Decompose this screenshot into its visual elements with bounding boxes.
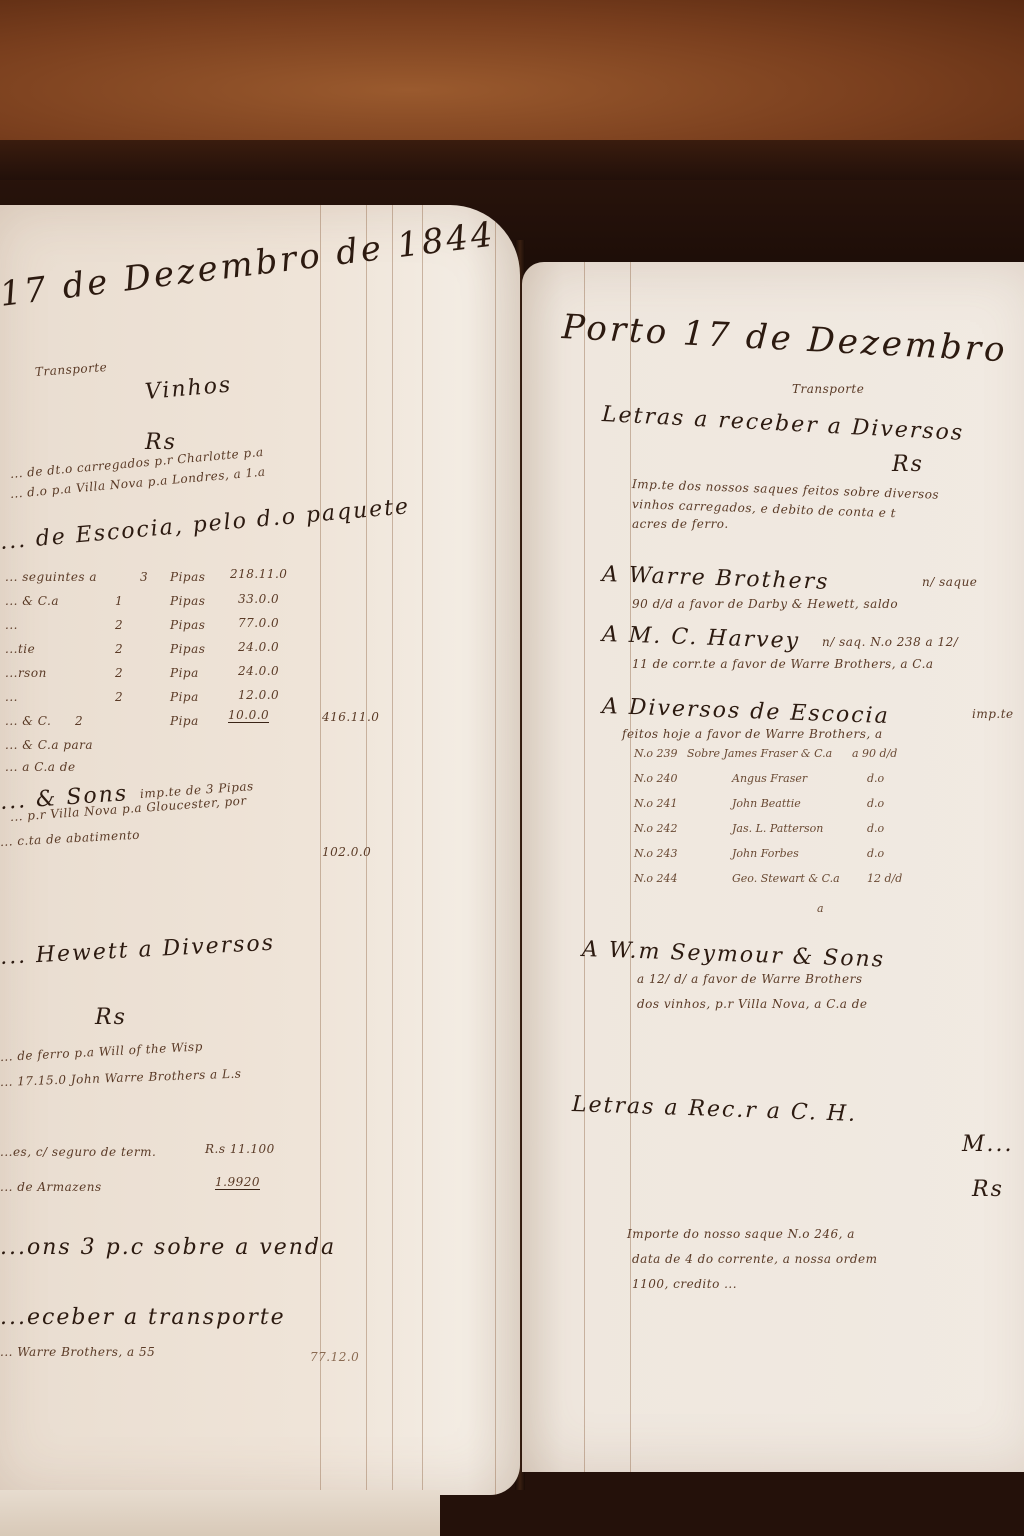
item-desc: ...	[5, 618, 18, 632]
draft-terms: 12 d/d	[867, 872, 902, 885]
draft-terms: d.o	[867, 797, 884, 810]
item-desc: ... & C.	[5, 714, 51, 728]
item-desc: ... & C.a	[5, 594, 59, 608]
trailing-line: ... & C.a para	[5, 738, 93, 752]
entry-name: Diversos de Escocia	[628, 695, 890, 729]
note-line: ... de ferro p.a Will of the Wisp	[0, 1039, 203, 1064]
section-title-letras: Letras a receber a Diversos	[601, 402, 964, 446]
entry-detail: n/ saque	[922, 575, 977, 589]
entry-seymour: A W.m Seymour & Sons	[582, 937, 886, 973]
entry-prefix: A	[602, 622, 621, 648]
entry-detail: n/ saq. N.o 238 a 12/	[822, 635, 958, 649]
entry-line2: 90 d/d a favor de Darby & Hewett, saldo	[632, 597, 898, 611]
item-amount: 12.0.0	[238, 688, 279, 702]
debit-mark: Rs	[972, 1177, 1004, 1202]
entry-harvey: A M. C. Harvey	[602, 622, 801, 654]
line: ...ons 3 p.c sobre a venda	[0, 1235, 336, 1260]
item-qty: 2	[115, 666, 123, 680]
entry-prefix: A	[602, 694, 621, 720]
item-unit: Pipas	[170, 570, 205, 584]
page-header-date: 17 de Dezembro de 1844	[0, 214, 498, 315]
section-subtitle: ... de Escocia, pelo d.o paquete	[0, 494, 411, 555]
item-qty: 2	[115, 618, 123, 632]
column-rule	[392, 205, 393, 1495]
section-total: 77.12.0	[310, 1350, 359, 1364]
debit-mark: Rs	[145, 430, 177, 455]
item-unit: Pipa	[170, 666, 199, 680]
draft-drawee: Angus Fraser	[732, 772, 807, 785]
item-unit: Pipas	[170, 618, 205, 632]
table-edge-shadow	[0, 140, 1024, 180]
drafts-trailer: a	[817, 902, 824, 915]
line: ... Warre Brothers, a 55	[0, 1345, 155, 1359]
note-line: Importe do nosso saque N.o 246, a	[627, 1227, 855, 1241]
item-amount: 24.0.0	[238, 664, 279, 678]
wooden-table-surface	[0, 0, 1024, 150]
entry-name: W.m Seymour & Sons	[608, 938, 885, 973]
item-desc: ...rson	[5, 666, 47, 680]
draft-num: N.o 244	[634, 872, 678, 885]
sub-amount: R.s 11.100	[205, 1142, 275, 1156]
draft-num: N.o 241	[634, 797, 678, 810]
item-desc: ... seguintes a	[5, 570, 97, 584]
draft-terms: d.o	[867, 772, 884, 785]
entry-line3: dos vinhos, p.r Villa Nova, a C.a de	[637, 997, 868, 1011]
entry-line2: feitos hoje a favor de Warre Brothers, a	[622, 727, 883, 741]
column-rule	[630, 262, 631, 1472]
entry-prefix: A	[582, 937, 601, 963]
note-line: ... c.ta de abatimento	[0, 828, 140, 849]
item-qty: 3	[140, 570, 148, 584]
item-unit: Pipa	[170, 690, 199, 704]
carry-forward-label: Transporte	[792, 382, 864, 396]
section-title-letras-rec: Letras a Rec.r a C. H.	[572, 1092, 858, 1127]
item-amount: 33.0.0	[238, 592, 279, 606]
draft-terms: d.o	[867, 847, 884, 860]
carry-forward-label: Transporte	[35, 360, 108, 379]
item-qty: 2	[75, 714, 83, 728]
note-line: 1100, credito ...	[632, 1277, 737, 1291]
item-qty: 2	[115, 642, 123, 656]
item-qty: 2	[115, 690, 123, 704]
section-title-vinhos: Vinhos	[144, 372, 233, 405]
draft-drawee: John Beattie	[732, 797, 801, 810]
debit-mark: Rs	[892, 452, 924, 477]
entry-name: M. C. Harvey	[628, 623, 800, 654]
item-amount: 24.0.0	[238, 640, 279, 654]
ledger-right-page: Porto 17 de Dezembro Transporte Letras a…	[522, 262, 1024, 1472]
page-header-place-date: Porto 17 de Dezembro	[561, 307, 1009, 370]
draft-terms: a 90 d/d	[852, 747, 897, 760]
item-amount: 77.0.0	[238, 616, 279, 630]
draft-num: N.o 240	[634, 772, 678, 785]
debit-mark: Rs	[95, 1005, 127, 1030]
entry-line2: a 12/ d/ a favor de Warre Brothers	[637, 972, 863, 986]
item-amount: 10.0.0	[228, 708, 269, 723]
item-desc: ...tie	[5, 642, 35, 656]
draft-drawee: Geo. Stewart & C.a	[732, 872, 840, 885]
margin-rule	[584, 262, 585, 1472]
note-line: acres de ferro.	[632, 517, 729, 531]
item-unit: Pipas	[170, 642, 205, 656]
item-desc: ...	[5, 690, 18, 704]
entry-diversos-escocia: A Diversos de Escocia	[602, 694, 891, 729]
column-rule	[422, 205, 423, 1495]
entry-line2: 11 de corr.te a favor de Warre Brothers,…	[632, 657, 934, 671]
draft-terms: d.o	[867, 822, 884, 835]
sub-line: ... de Armazens	[0, 1180, 102, 1194]
ledger-left-page: 17 de Dezembro de 1844 Transporte Vinhos…	[0, 205, 520, 1495]
section-total: 102.0.0	[322, 845, 371, 859]
section-title-hewett: ... Hewett a Diversos	[0, 931, 276, 970]
entry-detail: imp.te	[972, 707, 1014, 721]
sub-amount: 1.9920	[215, 1175, 260, 1190]
page-edges-stack	[0, 1490, 440, 1536]
entry-warre-brothers: A Warre Brothers	[602, 562, 830, 595]
draft-drawee: Sobre James Fraser & C.a	[687, 747, 832, 760]
draft-num: N.o 242	[634, 822, 678, 835]
draft-num: N.o 243	[634, 847, 678, 860]
item-unit: Pipas	[170, 594, 205, 608]
item-unit: Pipa	[170, 714, 199, 728]
section-total: 416.11.0	[322, 710, 379, 724]
sub-line: ...es, c/ seguro de term.	[0, 1145, 156, 1159]
column-rule	[320, 205, 321, 1495]
draft-drawee: John Forbes	[732, 847, 799, 860]
entry-name: Warre Brothers	[628, 563, 829, 595]
note-line: ... 17.15.0 John Warre Brothers a L.s	[0, 1067, 242, 1089]
line: ...eceber a transporte	[0, 1305, 286, 1330]
item-qty: 1	[115, 594, 123, 608]
item-amount: 218.11.0	[230, 567, 287, 581]
note-line: data de 4 do corrente, a nossa ordem	[632, 1252, 878, 1266]
section-title-cont: M...	[962, 1132, 1014, 1157]
draft-num: N.o 239	[634, 747, 678, 760]
entry-prefix: A	[602, 562, 621, 588]
column-rule	[495, 205, 496, 1495]
trailing-line: ... a C.a de	[5, 760, 76, 774]
draft-drawee: Jas. L. Patterson	[732, 822, 823, 835]
